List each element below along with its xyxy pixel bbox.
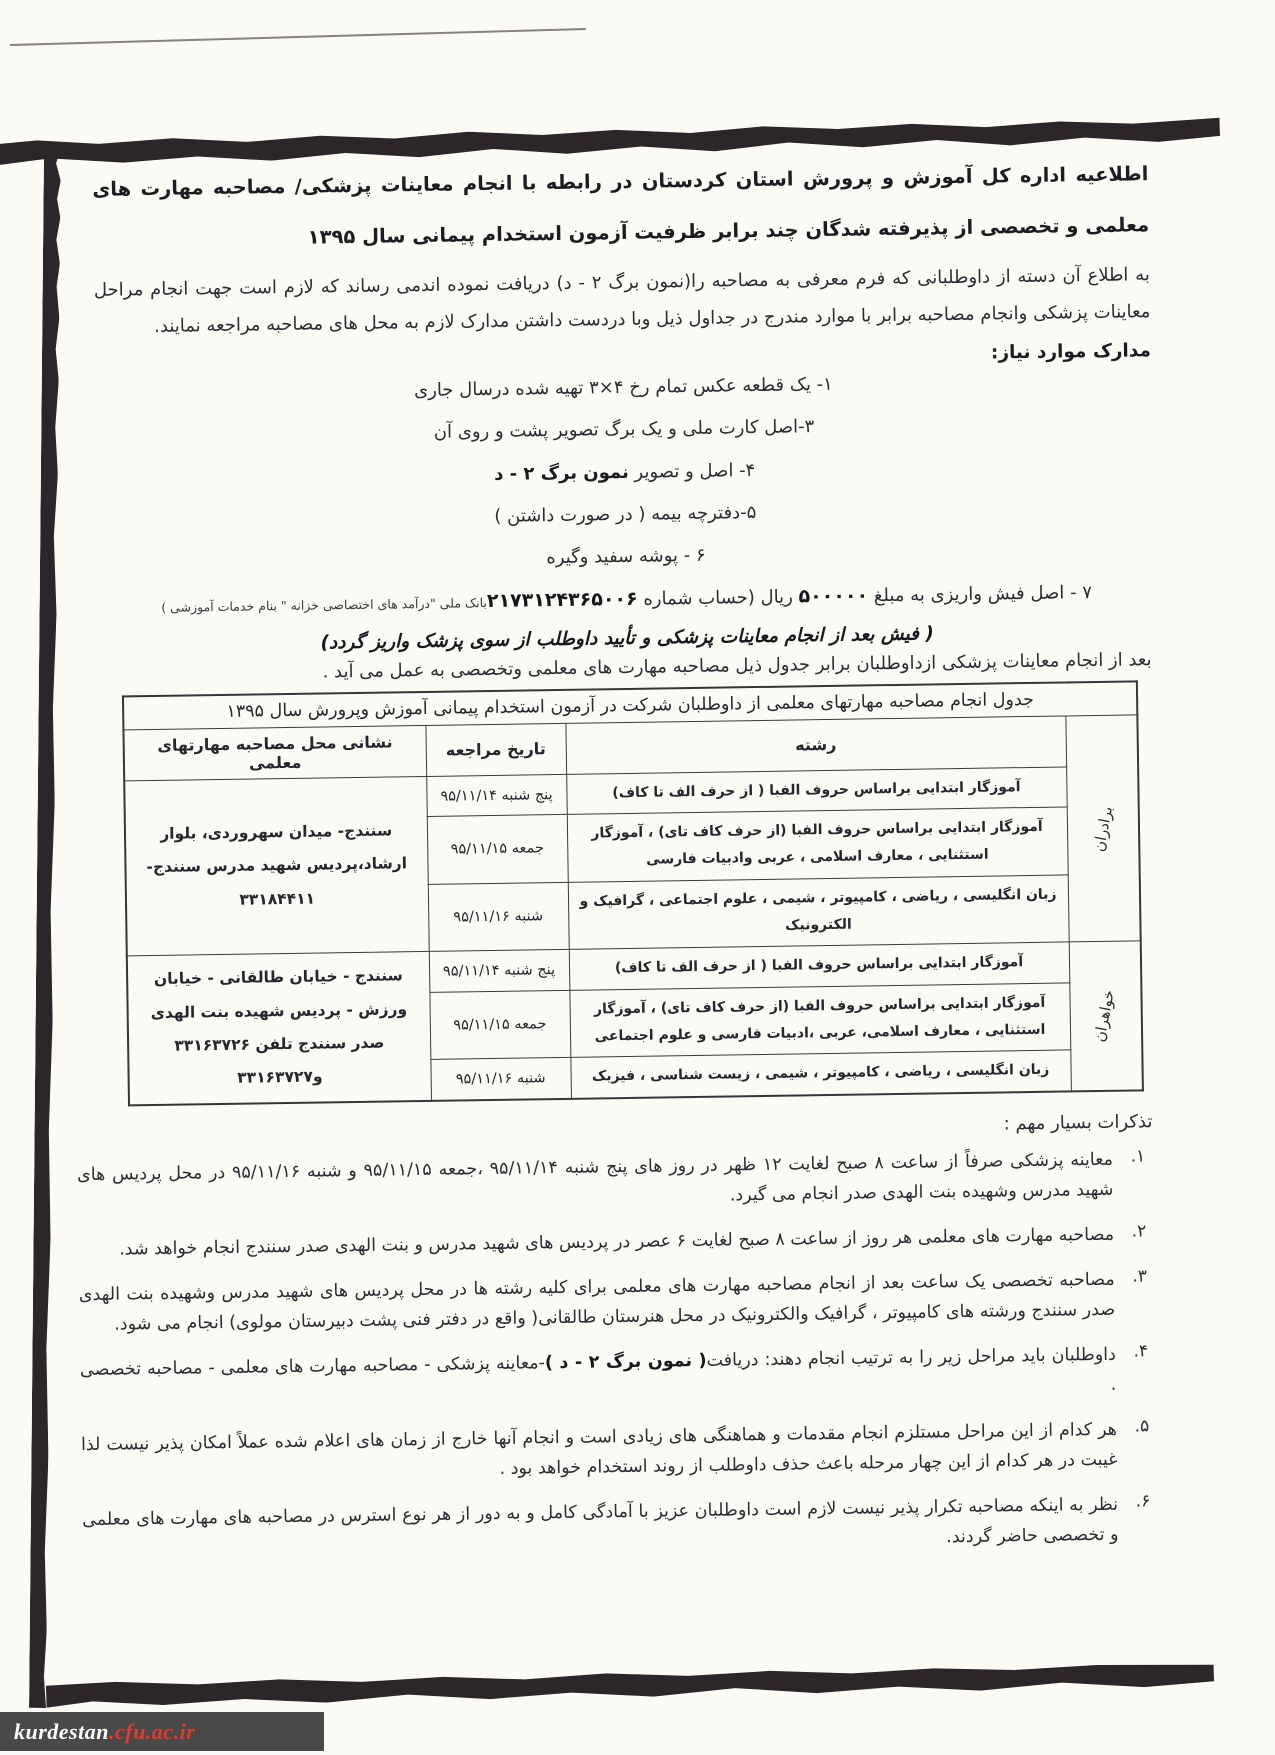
column-header-address: نشانی محل مصاحبه مهارتهای معلمی [123, 725, 426, 780]
watermark-domain: .cfu.ac.ir [109, 1719, 195, 1745]
frame-left-border [29, 146, 61, 1708]
column-header-field: رشته [565, 716, 1066, 774]
note-item: ۳. مصاحبه تخصصی یک ساعت بعد از انجام مصا… [79, 1264, 1166, 1340]
doc-item-insurance-booklet: ۵-دفترچه بیمه ( در صورت داشتن ) [97, 492, 1153, 537]
address-cell-sisters: سنندج - خیابان طالقانی - خیابان ورزش - پ… [127, 952, 431, 1105]
doc-item-form-2d: ۴- اصل و تصویر نمون برگ ۲ - د [97, 450, 1153, 495]
date-cell: جمعه ۹۵/۱۱/۱۵ [429, 990, 570, 1060]
intro-paragraph: به اطلاع آن دسته از داوطلبانی که فرم معر… [94, 256, 1151, 346]
interview-schedule-table: جدول انجام مصاحبه مهارتهای معلمی از داوط… [122, 680, 1144, 1106]
date-cell: جمعه ۹۵/۱۱/۱۵ [427, 815, 568, 885]
group-label-brothers: برادران [1065, 715, 1140, 943]
bank-details: بانک ملی "درآمد های اختصاصی خزانه " بنام… [161, 595, 487, 615]
payment-amount: ۵۰۰۰۰۰ [798, 584, 868, 607]
field-cell: آموزگار ابتدایی براساس حروف الفبا (از حر… [569, 983, 1070, 1058]
column-header-date: تاریخ مراجعه [425, 723, 566, 776]
note-number: ۳. [1115, 1264, 1166, 1325]
doc-item-white-folder: ۶ - پوشه سفید وگیره [98, 534, 1154, 579]
doc-item-national-card: ۳-اصل کارت ملی و یک برگ تصویر پشت و روی … [96, 408, 1152, 453]
scan-artifact-line [10, 28, 586, 46]
date-cell: پنج شنبه ۹۵/۱۱/۱۴ [426, 774, 567, 816]
note-number: ۵. [1117, 1414, 1168, 1475]
doc-item-payment-receipt: ۷ - اصل فیش واریزی به مبلغ ۵۰۰۰۰۰ ریال (… [98, 576, 1154, 622]
notice-title: اطلاعیه اداره کل آموزش و پرورش استان کرد… [92, 148, 1149, 266]
date-cell: پنج شنبه ۹۵/۱۱/۱۴ [429, 950, 570, 992]
account-number: ۲۱۷۳۱۲۴۳۶۵۰۰۶ [487, 588, 638, 612]
note-item: ۶. نظر به اینکه مصاحبه تکرار پذیر نیست ل… [82, 1489, 1169, 1565]
group-label-sisters: خواهران [1069, 941, 1143, 1091]
note-text: معاینه پزشکی صرفاً از ساعت ۸ صبح لغایت ۱… [77, 1144, 1114, 1220]
note-text: نظر به اینکه مصاحبه تکرار پذیر نیست لازم… [82, 1490, 1119, 1566]
note-text: هر کدام از این مراحل مستلزم انجام مقدمات… [81, 1415, 1118, 1491]
required-documents-list: ۱- یک قطعه عکس تمام رخ ۴×۳ تهیه شده درسا… [95, 365, 1154, 622]
note-item: ۵. هر کدام از این مراحل مستلزم انجام مقد… [81, 1414, 1168, 1490]
address-cell-brothers: سنندج- میدان سهروردی، بلوار ارشاد،پردیس … [124, 776, 429, 956]
watermark-site-name: kurdestan [14, 1719, 109, 1745]
notice-content: اطلاعیه اداره کل آموزش و پرورش استان کرد… [92, 148, 1169, 1580]
note-item: ۱. معاینه پزشکی صرفاً از ساعت ۸ صبح لغای… [77, 1144, 1164, 1220]
scanned-notice-page: اطلاعیه اداره کل آموزش و پرورش استان کرد… [0, 0, 1275, 1755]
important-notes-list: ۱. معاینه پزشکی صرفاً از ساعت ۸ صبح لغای… [77, 1144, 1169, 1566]
note-number: ۲. [1114, 1219, 1164, 1250]
date-cell: شنبه ۹۵/۱۱/۱۶ [430, 1058, 571, 1101]
date-cell: شنبه ۹۵/۱۱/۱۶ [428, 882, 569, 952]
field-cell: زبان انگلیسی ، ریاضی ، کامپیوتر ، شیمی ،… [568, 875, 1069, 950]
note-text: مصاحبه مهارت های معلمی هر روز از ساعت ۸ … [78, 1220, 1114, 1265]
post-exam-note: بعد از انجام معاینات پزشکی ازداوطلبان بر… [99, 649, 1151, 686]
site-watermark: kurdestan.cfu.ac.ir [0, 1712, 324, 1751]
note-text: داوطلبان باید مراحل زیر را به ترتیب انجا… [80, 1340, 1117, 1416]
note-number: ۱. [1113, 1144, 1164, 1205]
frame-bottom-border [46, 1661, 1214, 1707]
important-notes-heading: تذکرات بسیار مهم : [106, 1111, 1152, 1148]
note-number: ۴. [1116, 1339, 1167, 1400]
note-item: ۴. داوطلبان باید مراحل زیر را به ترتیب ا… [80, 1339, 1167, 1415]
note-item: ۲. مصاحبه مهارت های معلمی هر روز از ساعت… [78, 1219, 1164, 1265]
field-cell: زبان انگلیسی ، ریاضی ، کامپیوتر ، شیمی ،… [570, 1050, 1071, 1098]
note-number: ۶. [1118, 1489, 1169, 1550]
field-cell: آموزگار ابتدایی براساس حروف الفبا (از حر… [567, 807, 1068, 882]
note-text: مصاحبه تخصصی یک ساعت بعد از انجام مصاحبه… [79, 1265, 1116, 1341]
